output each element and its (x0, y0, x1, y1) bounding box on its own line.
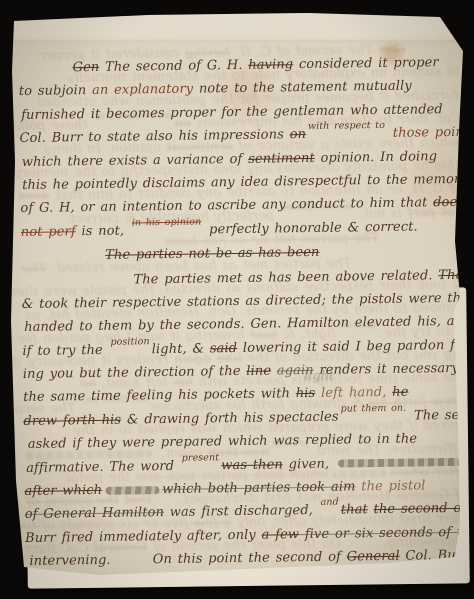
handwritten-text: the same time feeling his pockets with (23, 387, 296, 406)
handwritten-text: was first discharged, (164, 503, 319, 520)
handwritten-text: of G. H, or an intention to ascribe any … (20, 196, 433, 217)
scribbled-strikeout (338, 458, 466, 468)
struck-text: General (347, 549, 400, 565)
manuscript-paragraph: Gen The second of G. H. having considere… (18, 51, 463, 244)
handwritten-text: Col. Burr to state also his impressions (19, 127, 289, 146)
handwritten-text: renders it necessary, at (314, 361, 474, 378)
handwritten-text: an explanatory (92, 82, 199, 98)
handwritten-text: considered it proper (293, 55, 439, 72)
handwritten-text: is not, (76, 223, 130, 239)
interline-insertion: position (110, 342, 149, 343)
struck-text: a few (261, 527, 299, 543)
struck-text: not perf (21, 224, 76, 240)
handwritten-text: this he pointedly disclaims any idea dis… (22, 172, 468, 193)
struck-text: does (433, 195, 464, 210)
handwritten-text: Burr fired immediately after, only (25, 527, 262, 545)
handwritten-text: given, (283, 456, 335, 472)
handwritten-text: & took their respective stations as dire… (22, 291, 474, 312)
spacer (111, 563, 153, 564)
struck-text: that (341, 503, 368, 518)
struck-text: drew forth his (23, 412, 121, 428)
struck-text: his (296, 386, 316, 401)
struck-text: having (248, 57, 293, 73)
handwritten-text: light, & (152, 341, 210, 357)
handwritten-text: lowering it said I beg pardon for delay- (237, 337, 474, 356)
handwritten-text: to subjoin (19, 83, 92, 99)
struck-text: of General Hamilton (25, 505, 164, 522)
photograph-of-manuscript: Gen The second of G. H. having considere… (0, 0, 474, 599)
struck-text: line (246, 364, 271, 379)
manuscript-paper-sheet: Gen The second of G. H. having considere… (8, 11, 466, 578)
struck-text: he (392, 385, 408, 400)
struck-text: The (438, 267, 463, 282)
handwritten-text: ing you but the direction of the (23, 364, 247, 382)
interline-insertion: present (182, 458, 219, 459)
handwritten-text: left hand, (315, 385, 392, 401)
handwritten-text: The parties met as has been above relate… (133, 268, 438, 287)
handwritten-text: intervening. (29, 553, 110, 569)
handwritten-text: those points on (387, 125, 474, 142)
handwritten-text: asked if they were prepared which was re… (28, 432, 417, 452)
interline-insertion: put them on. (341, 409, 407, 410)
handwritten-text: Col (0, 495, 26, 510)
handwritten-text: opinion. In doing (315, 149, 438, 166)
scribbled-strikeout (105, 486, 159, 495)
handwritten-text: affirmative. The word (26, 458, 180, 475)
struck-text: on (290, 127, 307, 142)
handwritten-text: note to the statement mutually (199, 79, 412, 97)
manuscript-paragraph: The parties met as has been above relate… (21, 263, 467, 573)
interline-insertion: with respect to (308, 126, 385, 127)
struck-text: was then (221, 457, 283, 473)
handwritten-text: & drawing forth his spectacles (121, 409, 339, 427)
struck-text: the second of (373, 501, 466, 517)
struck-text: five or six seconds of time (299, 524, 474, 542)
struck-text: which both parties took aim (162, 479, 356, 497)
struck-text: The parties not be as has been (105, 245, 320, 263)
struck-text: sentiment (248, 150, 315, 166)
struck-text: after which (24, 483, 102, 499)
manuscript-text-layer: Gen The second of G. H. having considere… (18, 51, 467, 574)
struck-text: said (210, 341, 238, 356)
handwritten-text: handed to them by the seconds. Gen. Hami… (24, 314, 461, 335)
handwritten-text: On this point the second of (153, 550, 347, 568)
handwritten-text: the pistol (355, 478, 425, 494)
handwritten-text: if to try the (22, 342, 108, 358)
handwritten-text: The second of G. H. (99, 58, 248, 75)
handwritten-text: which there exists a variance of (22, 151, 248, 169)
handwritten-text: perfectly honorable & correct. (203, 219, 418, 237)
struck-text: Gen (72, 60, 99, 75)
pencil-ghost-word: light (304, 369, 334, 384)
interline-insertion: in his opinion (132, 222, 201, 223)
